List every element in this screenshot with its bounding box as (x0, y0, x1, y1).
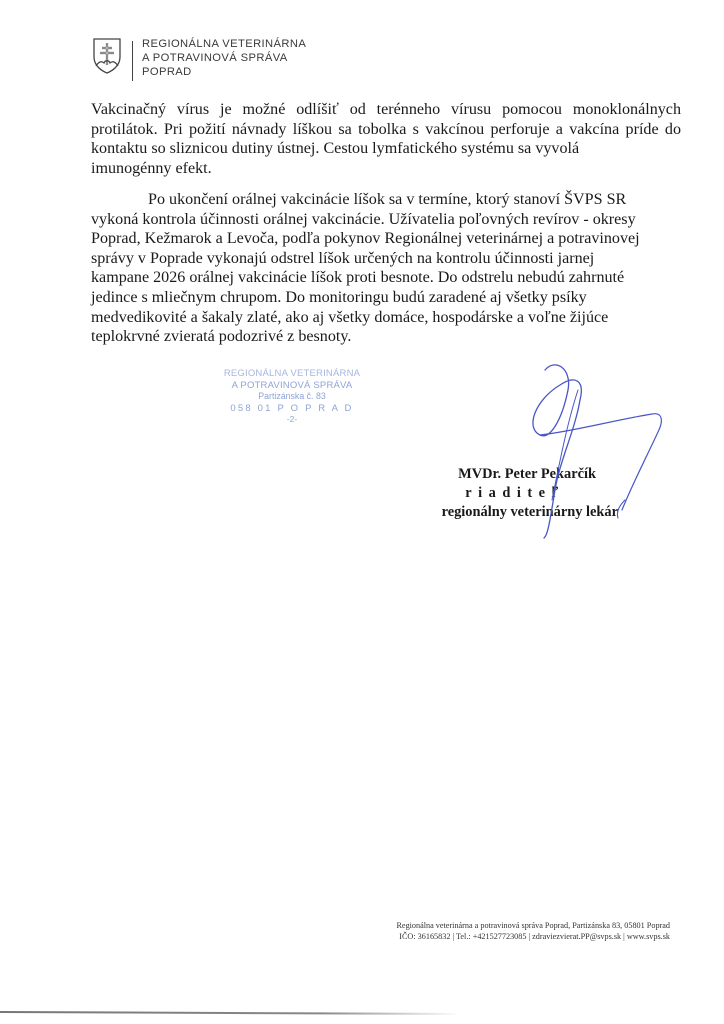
text-line: Vakcinačný vírus je možné odlíšiť od ter… (91, 100, 681, 120)
official-stamp: REGIONÁLNA VETERINÁRNA A POTRAVINOVÁ SPR… (222, 368, 362, 426)
header-divider (132, 41, 133, 81)
paragraph-vaccine-virus: Vakcinačný vírus je možné odlíšiť od ter… (91, 100, 681, 178)
stamp-line: REGIONÁLNA VETERINÁRNA (222, 368, 362, 380)
org-line-2: A POTRAVINOVÁ SPRÁVA (142, 51, 306, 65)
text-line: medvedikovité a šakaly zlaté, ako aj vše… (91, 308, 681, 328)
footer-contacts: IČO: 36165832 | Tel.: +421527723085 | zd… (300, 932, 670, 943)
paragraph-vaccination-control: Po ukončení orálnej vakcinácie líšok sa … (91, 190, 681, 347)
page-edge-line (0, 1011, 460, 1015)
text-line: Po ukončení orálnej vakcinácie líšok sa … (91, 190, 681, 210)
text-line: protilátok. Pri požití návnady líškou sa… (91, 120, 681, 140)
stamp-line: A POTRAVINOVÁ SPRÁVA (222, 380, 362, 392)
text-line: teplokrvné zvieratá podozrivé z besnoty. (91, 327, 681, 347)
org-line-3: POPRAD (142, 65, 306, 79)
handwritten-signature (400, 360, 724, 560)
stamp-line: 058 01 P O P R A D (222, 403, 362, 415)
org-line-1: REGIONÁLNA VETERINÁRNA (142, 37, 306, 51)
text-line: kampane 2026 orálnej vakcinácie líšok pr… (91, 268, 681, 288)
stamp-line: -2- (222, 414, 362, 426)
stamp-line: Partizánska č. 83 (222, 391, 362, 403)
text-line: jedince s mliečnym chrupom. Do monitorin… (91, 288, 681, 308)
text-line: vykoná kontrola účinnosti orálnej vakcin… (91, 210, 681, 230)
footer-contact: Regionálna veterinárna a potravinová spr… (300, 921, 670, 942)
footer-address: Regionálna veterinárna a potravinová spr… (300, 921, 670, 932)
slovak-coat-of-arms-icon (92, 37, 122, 75)
text-line: správy v Poprade vykonajú odstrel líšok … (91, 249, 681, 269)
text-line: kontaktu so sliznicou dutiny ústnej. Ces… (91, 139, 681, 159)
letterhead: REGIONÁLNA VETERINÁRNA A POTRAVINOVÁ SPR… (92, 37, 306, 81)
text-line: Poprad, Kežmarok a Levoča, podľa pokynov… (91, 229, 681, 249)
organization-name: REGIONÁLNA VETERINÁRNA A POTRAVINOVÁ SPR… (142, 37, 306, 79)
text-line: imunogénny efekt. (91, 159, 681, 179)
